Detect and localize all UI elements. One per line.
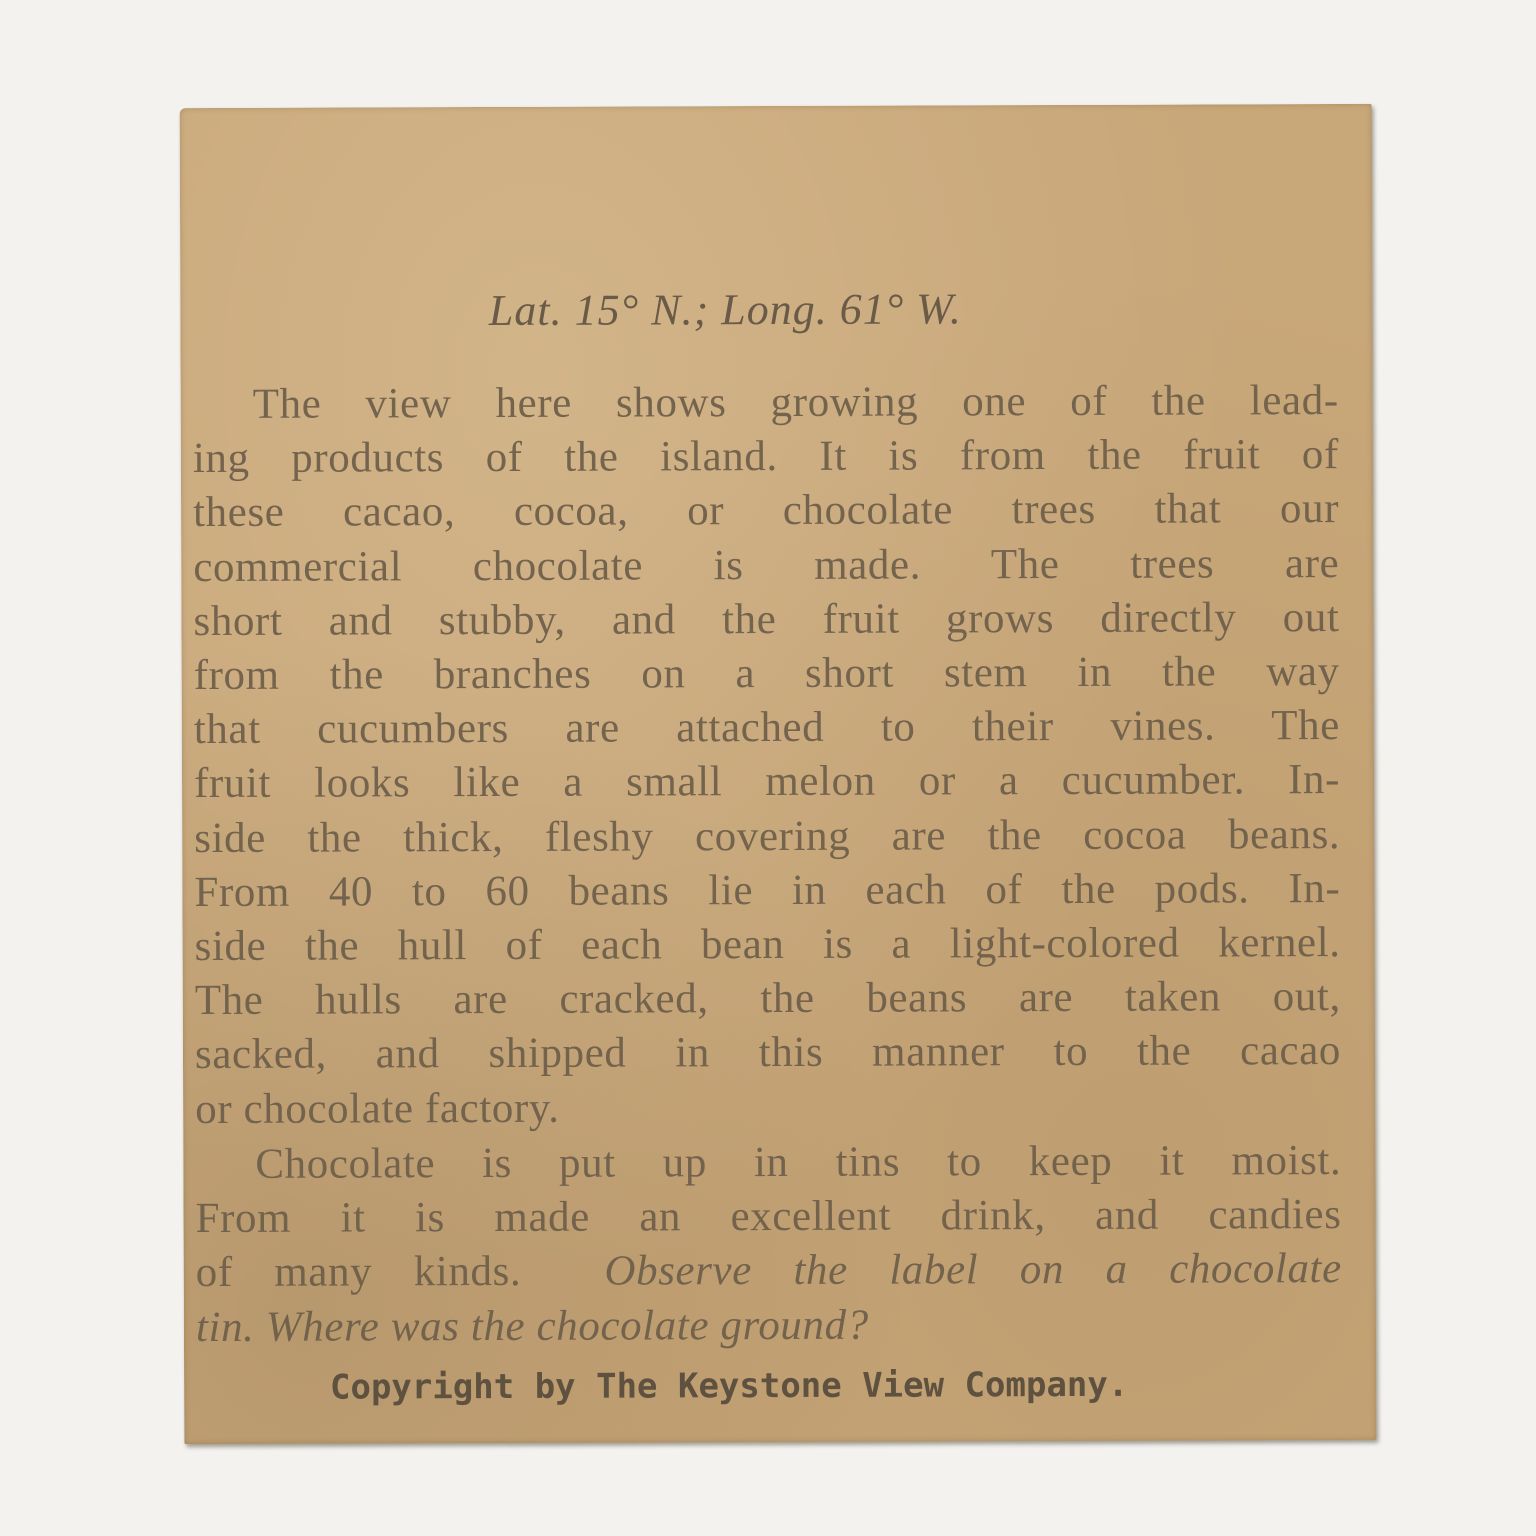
usage-paragraph: Chocolate is put up in tins to keep it m… (195, 1134, 1342, 1355)
text-line: fruit looks like a small melon or a cucu… (194, 753, 1340, 811)
text-plain: of many kinds. (196, 1248, 522, 1296)
text-line: or chocolate factory. (195, 1079, 1341, 1137)
text-line: The view here shows growing one of the l… (193, 374, 1339, 432)
copyright-notice: Copyright by The Keystone View Company. (156, 1364, 1302, 1408)
text-line: From it is made an excellent drink, and … (195, 1188, 1341, 1246)
text-line: Chocolate is put up in tins to keep it m… (195, 1134, 1341, 1192)
text-line: ing products of the island. It is from t… (193, 428, 1339, 486)
text-line: these cacao, cocoa, or chocolate trees t… (193, 482, 1339, 540)
question-italic: tin. Where was the chocolate ground? (196, 1297, 1342, 1355)
question-italic: Observe the label on a chocolate (604, 1245, 1342, 1295)
card-text: Lat. 15° N.; Long. 61° W. The view here … (192, 104, 1338, 108)
text-line: of many kinds. Observe the label on a ch… (196, 1242, 1342, 1300)
text-line: side the hull of each bean is a light-co… (195, 916, 1341, 974)
description-paragraph: The view here shows growing one of the l… (193, 374, 1342, 1137)
text-line: sacked, and shipped in this manner to th… (195, 1024, 1341, 1082)
text-line: side the thick, fleshy covering are the … (194, 808, 1340, 866)
stereoview-card-back: Lat. 15° N.; Long. 61° W. The view here … (180, 104, 1377, 1444)
text-line: from the branches on a short stem in the… (194, 645, 1340, 703)
text-line: The hulls are cracked, the beans are tak… (195, 970, 1341, 1028)
text-line: short and stubby, and the fruit grows di… (193, 591, 1339, 649)
text-line: that cucumbers are attached to their vin… (194, 699, 1340, 757)
text-line: commercial chocolate is made. The trees … (193, 537, 1339, 595)
coordinates-heading: Lat. 15° N.; Long. 61° W. (152, 282, 1298, 337)
text-line: From 40 to 60 beans lie in each of the p… (194, 862, 1340, 920)
